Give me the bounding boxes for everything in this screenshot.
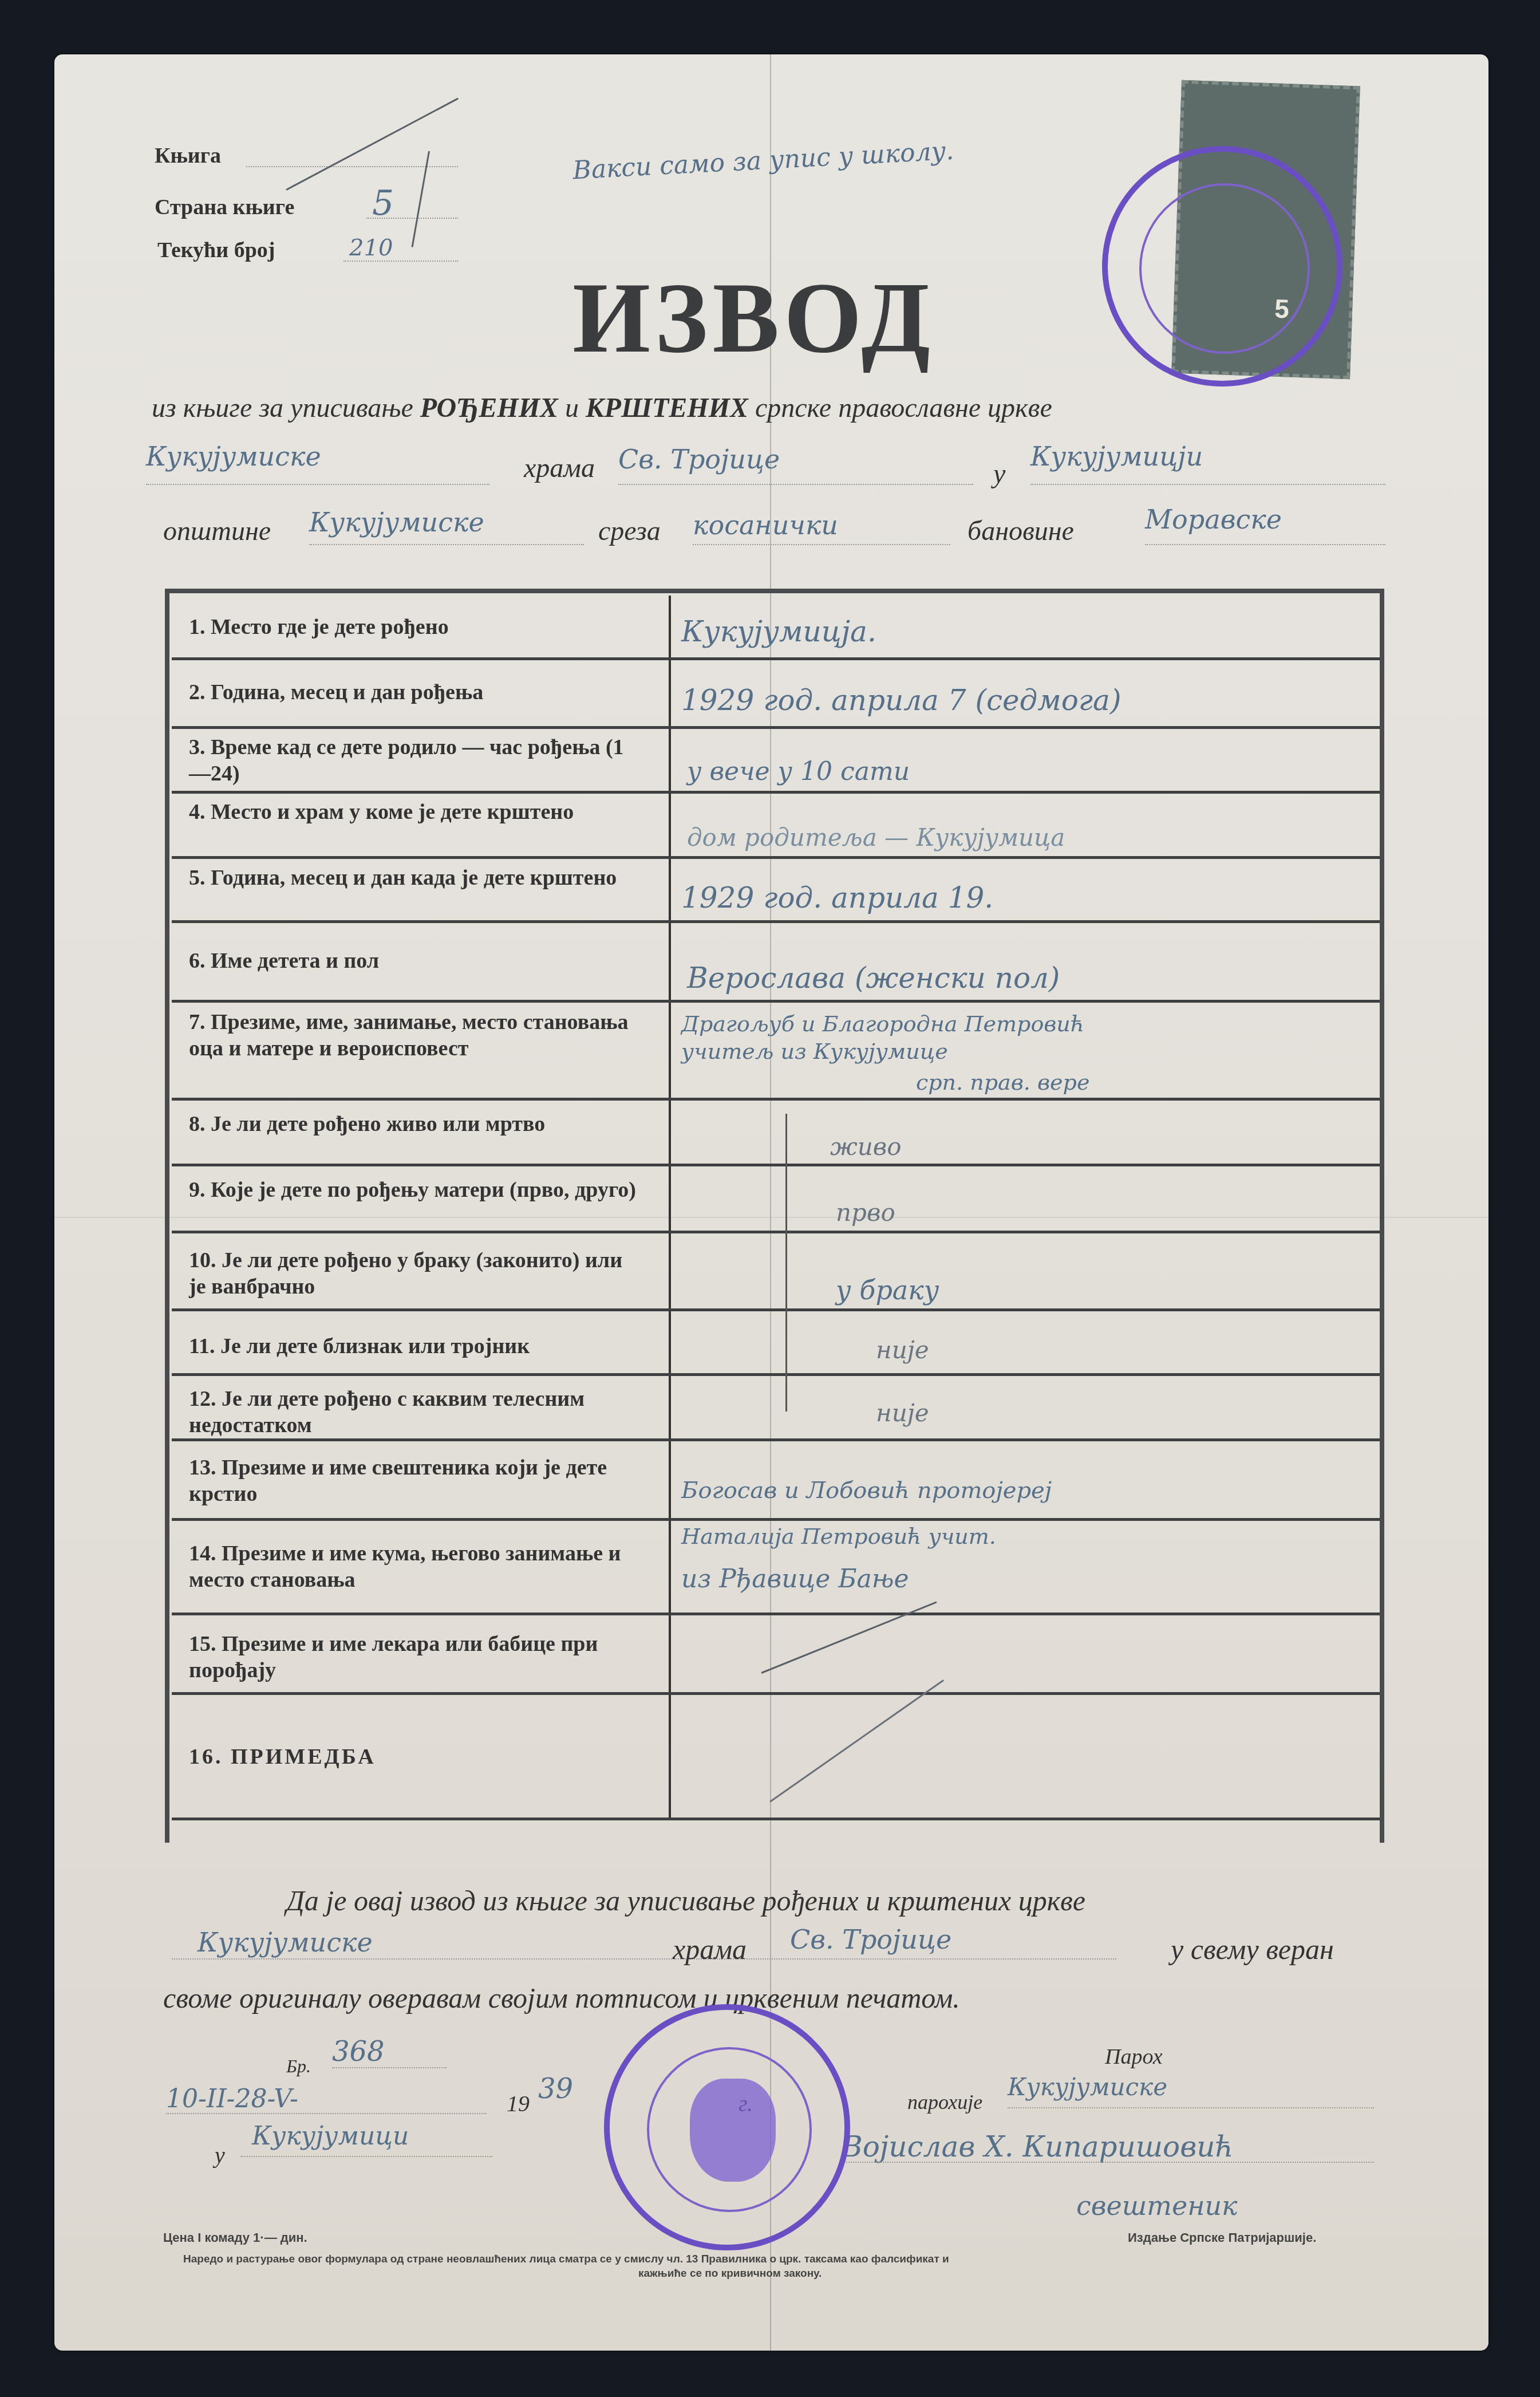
cert-temple-label: храма [673, 1933, 747, 1966]
row-13-value: Богосав и Лобовић протојереј [681, 1475, 1385, 1507]
row-divider [172, 1000, 1380, 1003]
row-12-value: није [876, 1397, 1540, 1429]
row-10-label: 10. Је ли дете рођено у браку (законито)… [189, 1247, 641, 1300]
row-2-label: 2. Година, месец и дан рођења [189, 679, 658, 705]
row-14-value: Наталија Петровић учит. [681, 1520, 1385, 1552]
row-1-value: Кукујумицја. [681, 616, 1385, 648]
seal-inner-ring [1139, 183, 1310, 354]
year-prefix: 19 [507, 2090, 530, 2117]
row-10-value: у браку [836, 1274, 1540, 1306]
subtitle-and: и [565, 393, 579, 423]
row-2-value: 1929 год. априла 7 (седмога) [681, 684, 1385, 716]
row-divider [172, 1438, 1380, 1441]
page-dotline [366, 218, 458, 219]
row-divider [172, 1373, 1380, 1376]
row-9-value: прво [836, 1197, 1540, 1229]
row-divider [172, 726, 1380, 729]
row-3-value: у вече у 10 сати [687, 756, 1391, 788]
document-title: ИЗВОД [572, 261, 935, 376]
district-value: косанички [693, 510, 838, 541]
row-divider [172, 856, 1380, 859]
church-value: Кукујумиске [146, 441, 321, 472]
cert-faithful-label: у свему веран [1171, 1933, 1334, 1966]
date-dotline [166, 2113, 487, 2114]
cert-in-label: у [215, 2142, 225, 2169]
banovina-dotline [1145, 544, 1385, 545]
temple-dotline [618, 484, 973, 485]
district-label: среза [598, 515, 661, 547]
place-in-label: у [993, 458, 1005, 490]
municipality-dotline [309, 544, 584, 545]
certification-line3: своме оригиналу оверавам својим потписом… [163, 1981, 960, 2014]
banovina-label: бановине [968, 515, 1074, 547]
row-1-label: 1. Место где је дете рођено [189, 614, 658, 640]
row-4-label: 4. Место и храм у коме је дете крштено [189, 799, 641, 825]
place-value: Кукујумицји [1030, 441, 1203, 472]
row-divider [172, 1164, 1380, 1166]
footer-notice-line2: кажњиће се по кривичном закону. [638, 2268, 822, 2280]
row-12-label: 12. Је ли дете рођено с каквим телесним … [189, 1386, 641, 1438]
place-dotline [1030, 484, 1385, 485]
row-divider [172, 1308, 1380, 1311]
subtitle-born: РОЂЕНИХ [420, 393, 558, 423]
certification-line1: Да је овај извод из књиге за уписивање р… [286, 1884, 1085, 1917]
row-14-value-line2: из Рђавице Бање [681, 1563, 1385, 1595]
cert-church-dotline [172, 1958, 1116, 1960]
paroh-label: Парох [1105, 2044, 1163, 2069]
subtitle-prefix: из књиге за уписивање [152, 393, 413, 423]
coat-of-arms-icon [690, 2079, 776, 2182]
row-divider [172, 1818, 1380, 1820]
footer-publisher: Издање Српске Патријаршије. [1128, 2230, 1316, 2245]
cert-place-dotline [240, 2156, 492, 2157]
row-8-value: живо [830, 1131, 1534, 1163]
subtitle-suffix: српске православне цркве [755, 393, 1052, 423]
row-13-label: 13. Презиме и име свештеника који је дет… [189, 1454, 641, 1507]
serial-value: 210 [349, 235, 393, 261]
row-4-value: дом родитеља — Кукујумица [687, 822, 1391, 854]
document-subtitle: из књиге за уписивање РОЂЕНИХ и КРШТЕНИХ… [152, 392, 1052, 424]
row-16-label: 16. ПРИМЕДБА [189, 1744, 658, 1770]
temple-value: Св. Тројице [618, 444, 780, 475]
church-dotline [146, 484, 489, 485]
footer-notice-line1: Наредо и растурање овог формулара од стр… [183, 2253, 949, 2266]
priest-signature: Војислав Х. Кипаришовић [842, 2130, 1234, 2163]
row-5-label: 5. Година, месец и дан када је дете кршт… [189, 865, 641, 891]
row-divider [172, 1692, 1380, 1695]
temple-label: храма [524, 452, 595, 484]
row-divider [172, 791, 1380, 794]
serial-label: Текући број [157, 238, 275, 263]
row-8-label: 8. Је ли дете рођено живо или мртво [189, 1111, 641, 1137]
row-6-label: 6. Име детета и пол [189, 948, 658, 974]
municipality-label: општине [163, 515, 271, 547]
date-value: 10-II-28-V- [166, 2084, 298, 2114]
row-3-label: 3. Време кад се дете родило — час рођења… [189, 734, 641, 787]
row-7-value-line3: срп. прав. вере [916, 1066, 1540, 1098]
row-divider [172, 1231, 1380, 1233]
signature-dotline [842, 2162, 1374, 2163]
row-7-label: 7. Презиме, име, занимање, место станова… [189, 1009, 641, 1062]
number-dotline [332, 2067, 447, 2068]
row-11-label: 11. Је ли дете близнак или тројник [189, 1333, 658, 1359]
serial-dotline [343, 261, 458, 262]
page-label: Страна књиге [155, 195, 294, 220]
row-9-label: 9. Које је дете по рођењу матери (прво, … [189, 1177, 641, 1203]
book-label: Књига [155, 143, 221, 168]
row-divider [172, 1613, 1380, 1615]
number-label: Бр. [286, 2056, 311, 2077]
parish-seal-top [1102, 146, 1342, 387]
hand-drawn-column-line [785, 1114, 787, 1412]
parish-label: парохије [907, 2090, 982, 2114]
number-value: 368 [332, 2036, 385, 2068]
row-11-value: није [876, 1334, 1540, 1366]
cert-place-value: Кукујумици [252, 2122, 409, 2151]
district-dotline [693, 544, 950, 545]
signature-title: свештеник [1076, 2190, 1238, 2221]
row-14-label: 14. Презиме и име кума, његово занимање … [189, 1540, 641, 1593]
parish-value: Кукујумиске [1008, 2073, 1167, 2101]
row-15-label: 15. Презиме и име лекара или бабице при … [189, 1631, 641, 1684]
row-divider [172, 920, 1380, 923]
parish-dotline [1008, 2107, 1374, 2108]
cert-temple-value: Св. Тројице [790, 1924, 951, 1955]
table-column-divider [669, 596, 671, 1818]
cert-church-value: Кукујумиске [198, 1927, 373, 1958]
row-7-value-line2: учитељ из Кукујумице [681, 1035, 1385, 1067]
banovina-value: Моравске [1145, 504, 1282, 535]
row-divider [172, 657, 1380, 660]
row-6-value: Верослава (женски пол) [687, 962, 1391, 994]
row-5-value: 1929 год. априла 19. [681, 882, 1385, 914]
subtitle-baptized: КРШТЕНИХ [586, 393, 748, 423]
year-value: 39 [538, 2073, 573, 2105]
footer-price: Цена I комаду 1·— дин. [163, 2230, 307, 2245]
municipality-value: Кукујумиске [309, 507, 484, 538]
parish-seal-bottom [604, 2004, 850, 2250]
